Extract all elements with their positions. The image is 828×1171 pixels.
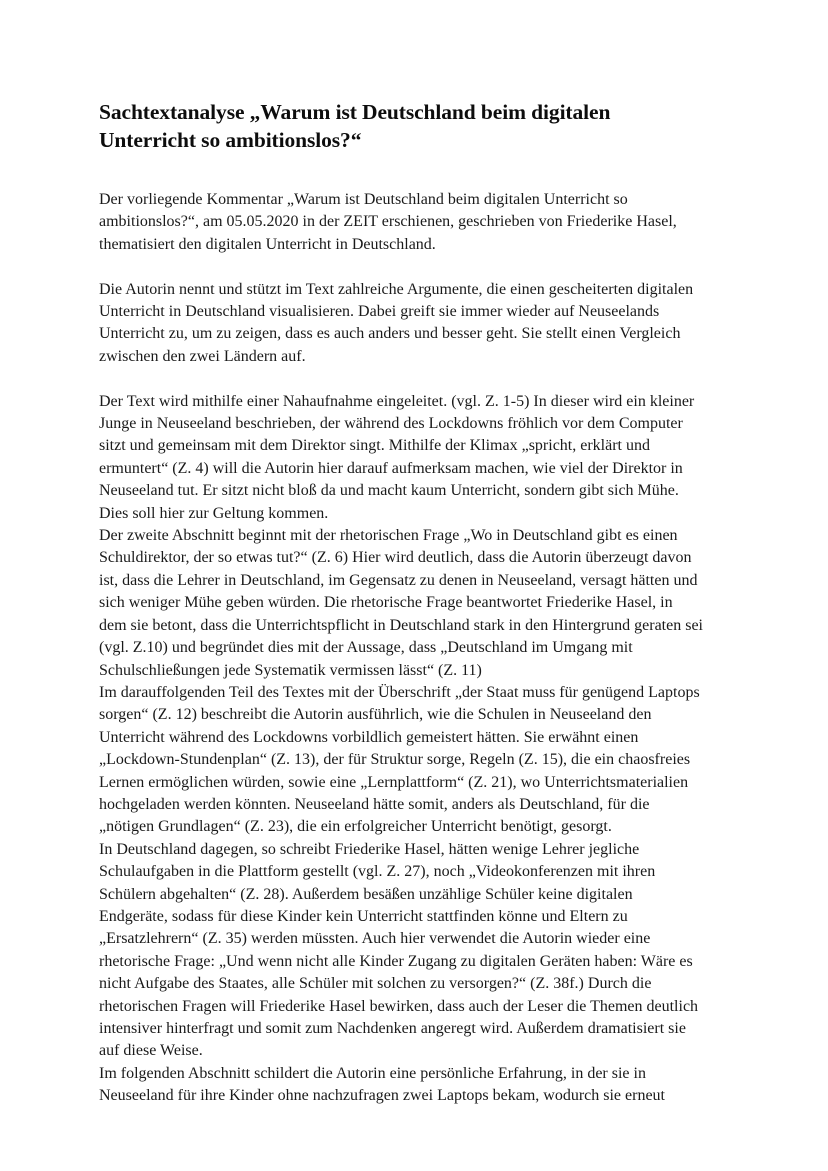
text-line: Unterricht während des Lockdowns vorbild…	[99, 727, 739, 749]
text-line: Endgeräte, sodass für diese Kinder kein …	[99, 906, 739, 928]
text-line: „Lockdown-Stundenplan“ (Z. 13), der für …	[99, 749, 739, 771]
text-line: Lernen ermöglichen würden, sowie eine „L…	[99, 772, 739, 794]
paragraph-thesis: Die Autorin nennt und stützt im Text zah…	[99, 279, 739, 369]
title-line: Unterricht so ambitionslos?“	[99, 126, 739, 154]
text-line: Der vorliegende Kommentar „Warum ist Deu…	[99, 189, 739, 211]
text-line: auf diese Weise.	[99, 1040, 739, 1062]
paragraph-main-analysis: Der Text wird mithilfe einer Nahaufnahme…	[99, 391, 739, 1108]
spacer	[99, 256, 739, 278]
text-line: Im folgenden Abschnitt schildert die Aut…	[99, 1063, 739, 1085]
text-line: rhetorischen Fragen will Friederike Hase…	[99, 996, 739, 1018]
text-line: thematisiert den digitalen Unterricht in…	[99, 234, 739, 256]
text-line: Unterricht zu, um zu zeigen, dass es auc…	[99, 323, 739, 345]
text-line: Die Autorin nennt und stützt im Text zah…	[99, 279, 739, 301]
text-line: Schülern abgehalten“ (Z. 28). Außerdem b…	[99, 884, 739, 906]
text-line: Im darauffolgenden Teil des Textes mit d…	[99, 682, 739, 704]
text-line: (vgl. Z.10) und begründet dies mit der A…	[99, 637, 739, 659]
text-line: Der Text wird mithilfe einer Nahaufnahme…	[99, 391, 739, 413]
text-line: sich weniger Mühe geben würden. Die rhet…	[99, 592, 739, 614]
text-line: Unterricht in Deutschland visualisieren.…	[99, 301, 739, 323]
text-line: Schulschließungen jede Systematik vermis…	[99, 660, 739, 682]
document-title: Sachtextanalyse „Warum ist Deutschland b…	[99, 98, 739, 154]
spacer	[99, 368, 739, 390]
text-line: In Deutschland dagegen, so schreibt Frie…	[99, 839, 739, 861]
spacer	[99, 154, 739, 189]
text-line: „Ersatzlehrern“ (Z. 35) werden müssten. …	[99, 928, 739, 950]
paragraph-introduction: Der vorliegende Kommentar „Warum ist Deu…	[99, 189, 739, 256]
text-line: dem sie betont, dass die Unterrichtspfli…	[99, 615, 739, 637]
text-line: rhetorische Frage: „Und wenn nicht alle …	[99, 951, 739, 973]
text-line: intensiver hinterfragt und somit zum Nac…	[99, 1018, 739, 1040]
text-line: Neuseeland für ihre Kinder ohne nachzufr…	[99, 1085, 739, 1107]
text-line: ermuntert“ (Z. 4) will die Autorin hier …	[99, 458, 739, 480]
text-line: Neuseeland tut. Er sitzt nicht bloß da u…	[99, 480, 739, 502]
text-line: nicht Aufgabe des Staates, alle Schüler …	[99, 973, 739, 995]
text-line: ist, dass die Lehrer in Deutschland, im …	[99, 570, 739, 592]
text-line: sorgen“ (Z. 12) beschreibt die Autorin a…	[99, 704, 739, 726]
text-line: sitzt und gemeinsam mit dem Direktor sin…	[99, 435, 739, 457]
text-line: zwischen den zwei Ländern auf.	[99, 346, 739, 368]
text-line: hochgeladen werden könnten. Neuseeland h…	[99, 794, 739, 816]
title-line: Sachtextanalyse „Warum ist Deutschland b…	[99, 98, 739, 126]
document-page: Sachtextanalyse „Warum ist Deutschland b…	[99, 98, 739, 1108]
text-line: „nötigen Grundlagen“ (Z. 23), die ein er…	[99, 816, 739, 838]
text-line: Dies soll hier zur Geltung kommen.	[99, 503, 739, 525]
text-line: Schuldirektor, der so etwas tut?“ (Z. 6)…	[99, 547, 739, 569]
text-line: ambitionslos?“, am 05.05.2020 in der ZEI…	[99, 211, 739, 233]
text-line: Schulaufgaben in die Plattform gestellt …	[99, 861, 739, 883]
text-line: Der zweite Abschnitt beginnt mit der rhe…	[99, 525, 739, 547]
text-line: Junge in Neuseeland beschrieben, der wäh…	[99, 413, 739, 435]
